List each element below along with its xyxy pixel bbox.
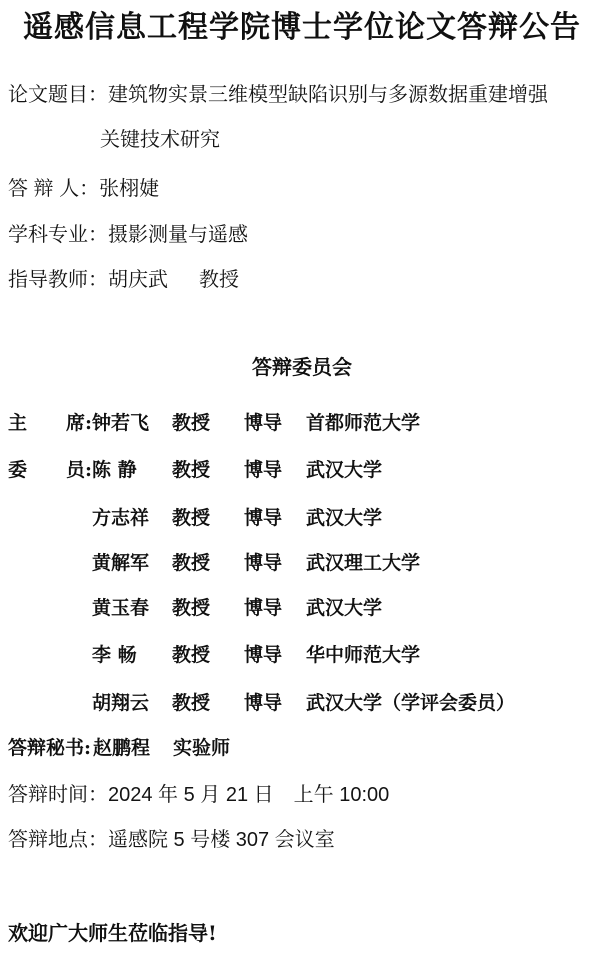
defense-venue-label: 答辩地点： xyxy=(8,829,108,851)
member-tutor: 博导 xyxy=(244,457,306,483)
member-name: 黄玉春 xyxy=(92,595,172,621)
advisor-title: 教授 xyxy=(199,269,239,291)
advisor-line: 指导教师：胡庆武教授 xyxy=(8,267,239,293)
welcome-footer: 欢迎广大师生莅临指导! xyxy=(8,920,217,946)
thesis-title-line2: 关键技术研究 xyxy=(100,127,220,153)
page-title: 遥感信息工程学院博士学位论文答辩公告 xyxy=(0,8,604,48)
defense-time-line: 答辩时间：2024 年 5 月 21 日 上午 10:00 xyxy=(8,782,389,808)
member-name: 方志祥 xyxy=(92,505,172,531)
defense-time-value: 2024 年 5 月 21 日 上午 10:00 xyxy=(108,784,389,806)
committee-row: 主席: 钟若飞 教授 博导 首都师范大学 xyxy=(8,410,596,436)
member-name: 陈 静 xyxy=(92,457,172,483)
committee-row: 胡翔云 教授 博导 武汉大学（学评会委员） xyxy=(8,690,596,716)
member-title: 教授 xyxy=(172,505,244,531)
member-affiliation: 武汉大学 xyxy=(306,457,596,483)
defender-line: 答 辩 人：张栩婕 xyxy=(8,176,159,202)
member-name: 黄解军 xyxy=(92,550,172,576)
committee-row: 黄玉春 教授 博导 武汉大学 xyxy=(8,595,596,621)
committee-row: 李 畅 教授 博导 华中师范大学 xyxy=(8,642,596,668)
thesis-title-label: 论文题目： xyxy=(8,84,108,106)
secretary-line: 答辩秘书: 赵鹏程 实验师 xyxy=(8,735,230,761)
advisor-label: 指导教师： xyxy=(8,269,108,291)
committee-row: 黄解军 教授 博导 武汉理工大学 xyxy=(8,550,596,576)
role-char-a: 委 xyxy=(8,457,27,483)
defender-label: 答 辩 人： xyxy=(8,178,99,200)
advisor-name: 胡庆武 xyxy=(108,269,168,291)
role-char-b: 员: xyxy=(66,457,92,483)
thesis-title-line: 论文题目：建筑物实景三维模型缺陷识别与多源数据重建增强 xyxy=(8,82,548,108)
defense-venue-line: 答辩地点：遥感院 5 号楼 307 会议室 xyxy=(8,827,335,853)
member-title: 教授 xyxy=(172,550,244,576)
member-title: 教授 xyxy=(172,457,244,483)
defense-time-label: 答辩时间： xyxy=(8,784,108,806)
member-title: 教授 xyxy=(172,410,244,436)
defense-venue-value: 遥感院 5 号楼 307 会议室 xyxy=(108,829,335,851)
member-affiliation: 武汉大学（学评会委员） xyxy=(306,690,596,716)
role-char-b: 席: xyxy=(66,410,92,436)
major-label: 学科专业： xyxy=(8,224,108,246)
member-tutor: 博导 xyxy=(244,642,306,668)
member-affiliation: 华中师范大学 xyxy=(306,642,596,668)
member-affiliation: 武汉大学 xyxy=(306,595,596,621)
major-line: 学科专业：摄影测量与遥感 xyxy=(8,222,248,248)
member-title: 教授 xyxy=(172,595,244,621)
member-name: 李 畅 xyxy=(92,642,172,668)
thesis-title-value: 建筑物实景三维模型缺陷识别与多源数据重建增强 xyxy=(108,84,548,106)
member-affiliation: 首都师范大学 xyxy=(306,410,596,436)
member-tutor: 博导 xyxy=(244,410,306,436)
member-name: 钟若飞 xyxy=(92,410,172,436)
committee-header: 答辩委员会 xyxy=(0,354,604,380)
announcement-page: 遥感信息工程学院博士学位论文答辩公告 论文题目：建筑物实景三维模型缺陷识别与多源… xyxy=(0,0,604,954)
member-tutor: 博导 xyxy=(244,550,306,576)
role-char-a: 主 xyxy=(8,410,27,436)
secretary-label: 答辩秘书: xyxy=(8,735,93,761)
committee-role: 主席: xyxy=(8,410,92,436)
committee-role: 委员: xyxy=(8,457,92,483)
secretary-title: 实验师 xyxy=(173,735,230,761)
committee-row: 方志祥 教授 博导 武汉大学 xyxy=(8,505,596,531)
member-tutor: 博导 xyxy=(244,690,306,716)
major-value: 摄影测量与遥感 xyxy=(108,224,248,246)
member-tutor: 博导 xyxy=(244,595,306,621)
member-affiliation: 武汉理工大学 xyxy=(306,550,596,576)
member-title: 教授 xyxy=(172,642,244,668)
member-affiliation: 武汉大学 xyxy=(306,505,596,531)
secretary-name: 赵鹏程 xyxy=(93,735,173,761)
member-tutor: 博导 xyxy=(244,505,306,531)
member-name: 胡翔云 xyxy=(92,690,172,716)
member-title: 教授 xyxy=(172,690,244,716)
defender-name: 张栩婕 xyxy=(99,178,159,200)
committee-row: 委员: 陈 静 教授 博导 武汉大学 xyxy=(8,457,596,483)
